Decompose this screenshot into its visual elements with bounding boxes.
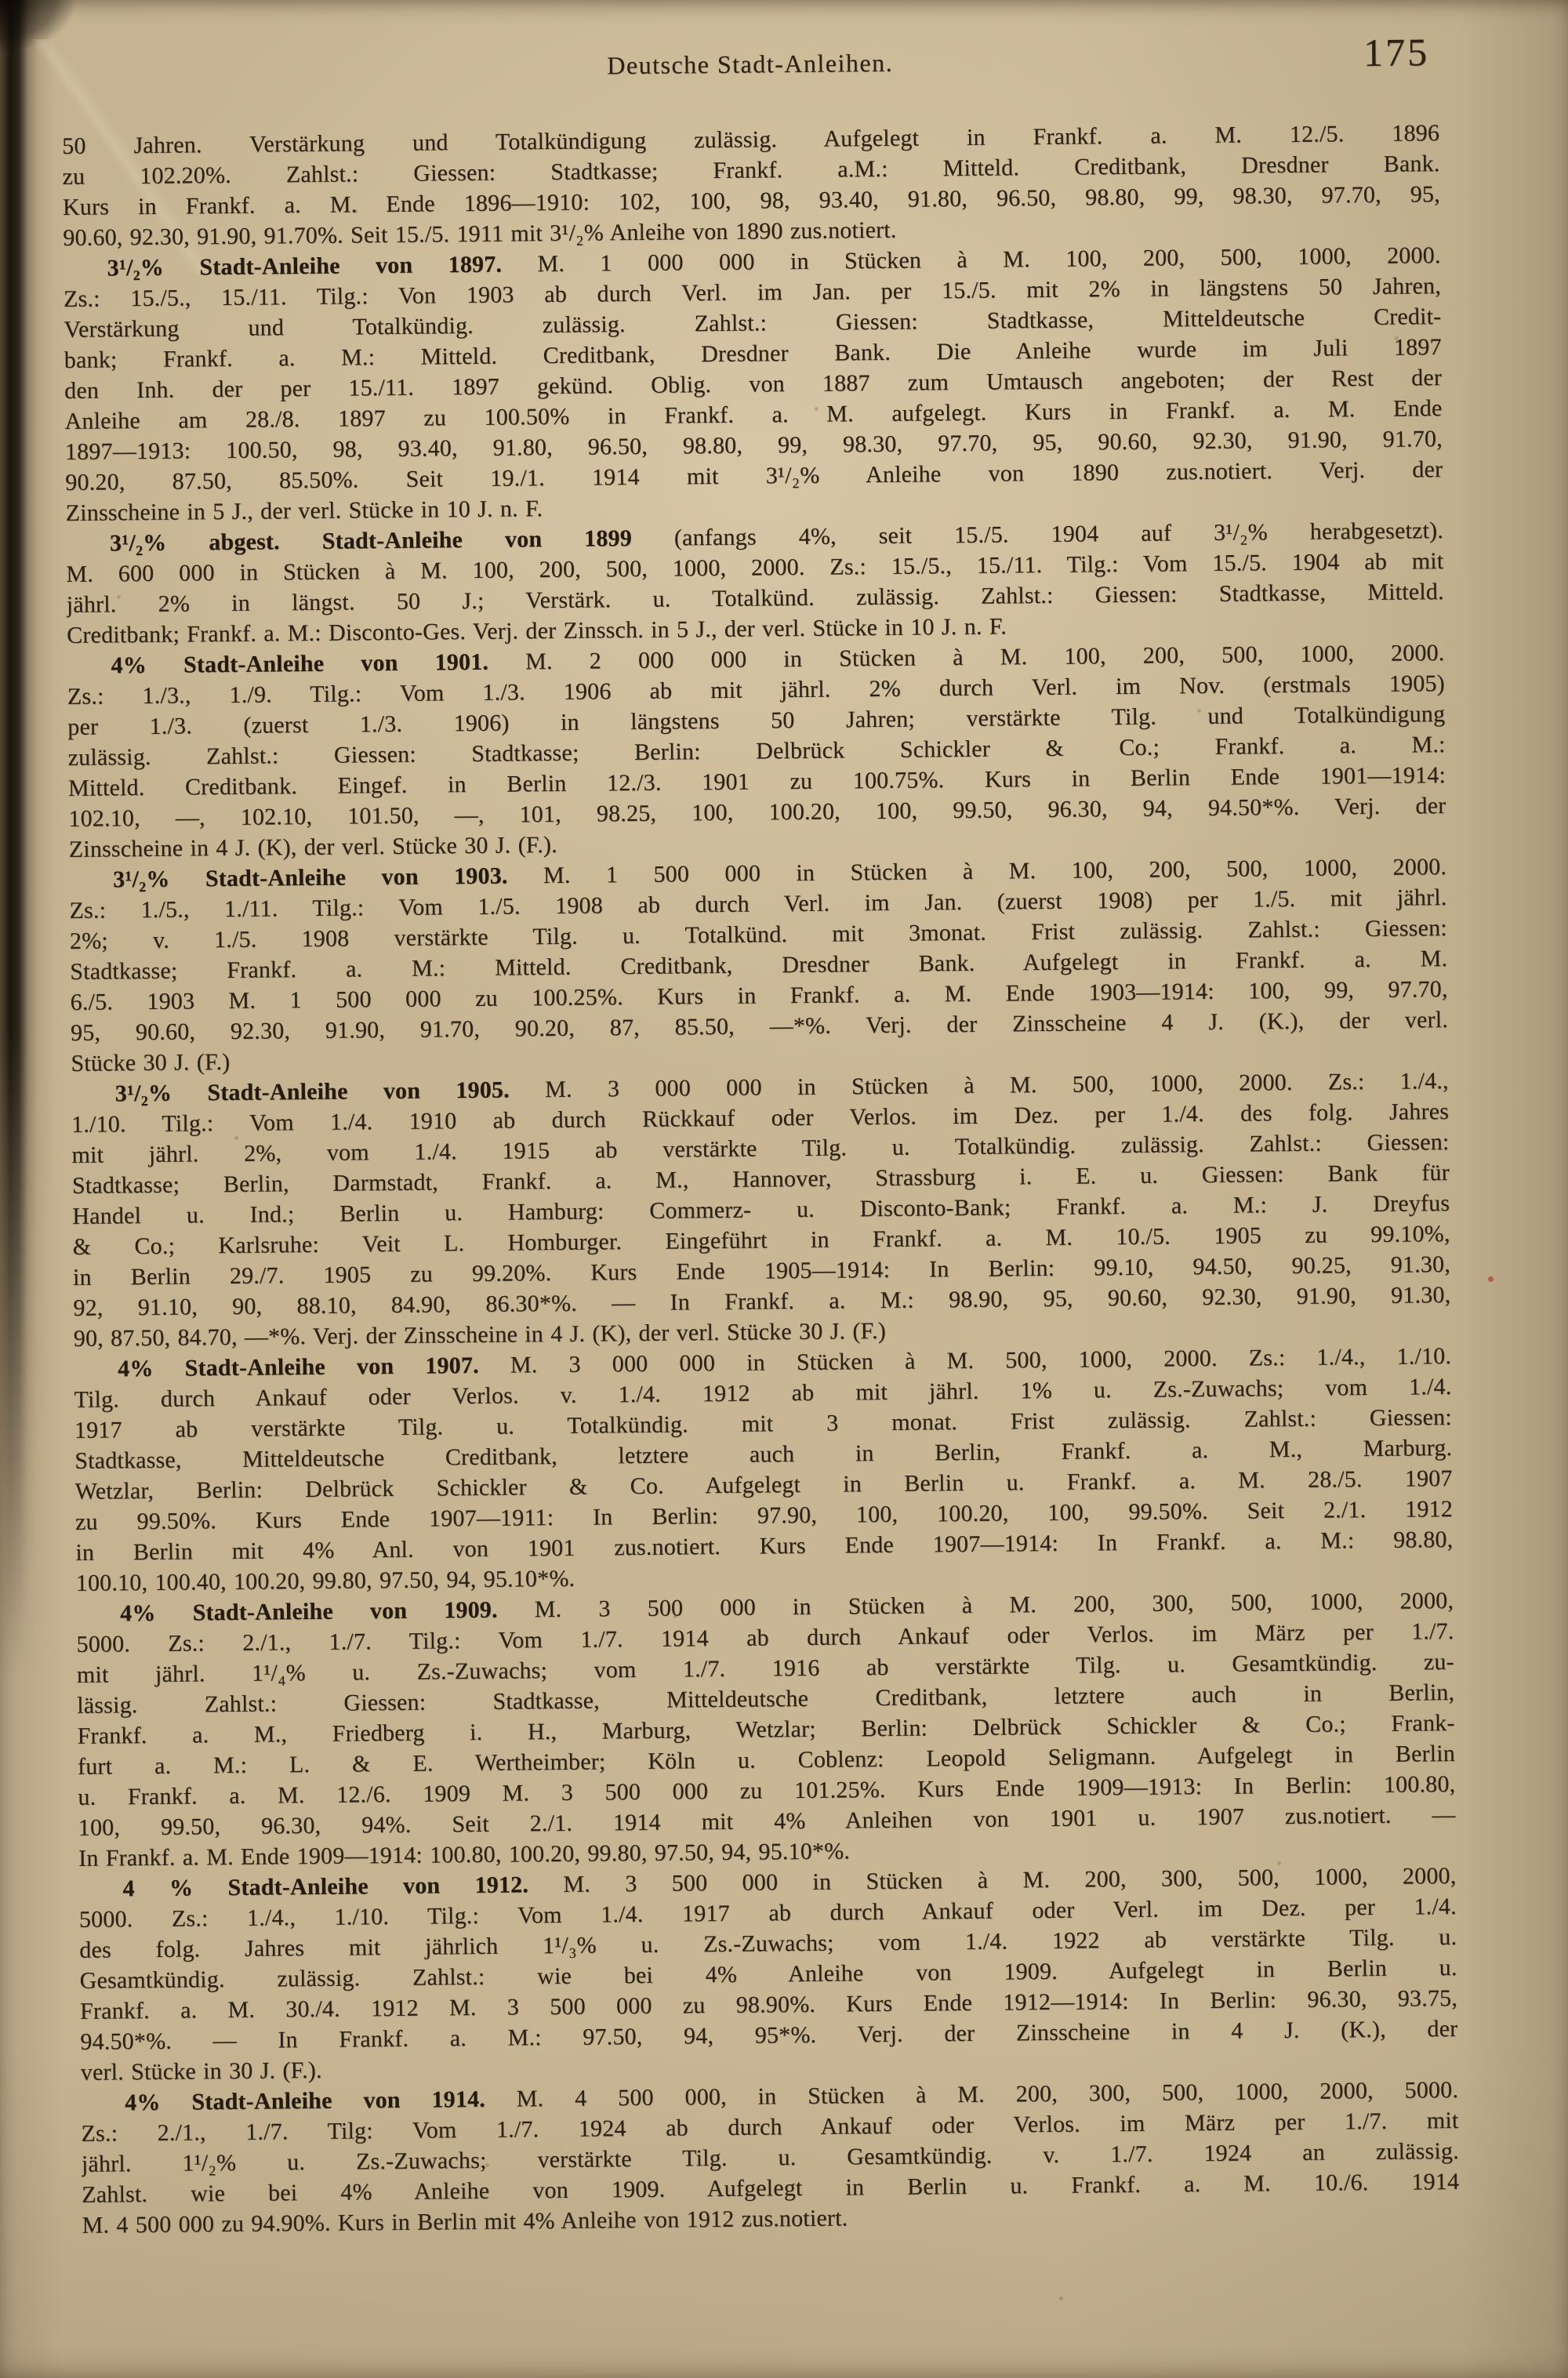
page-number: 175 bbox=[1363, 32, 1429, 72]
bond-heading: 3¹/₂% abgest. Stadt-Anleihe von 1899 bbox=[110, 525, 632, 556]
bond-heading: 3¹/₂% Stadt-Anleihe von 1897. bbox=[107, 252, 503, 281]
bond-paragraph: 50 Jahren. Verstärkung und Totalkündigun… bbox=[62, 118, 1440, 253]
bond-paragraph: 3¹/₂% Stadt-Anleihe von 1905. M. 3 000 0… bbox=[71, 1066, 1451, 1354]
bond-heading: 3¹/₂% Stadt-Anleihe von 1903. bbox=[113, 863, 508, 893]
bond-paragraph: 3¹/₂% abgest. Stadt-Anleihe von 1899 (an… bbox=[66, 515, 1444, 651]
bond-paragraph: 4% Stadt-Anleihe von 1907. M. 3 000 000 … bbox=[74, 1341, 1454, 1599]
page-header: Deutsche Stadt-Anleihen. 175 bbox=[61, 35, 1439, 89]
bond-paragraph: 4% Stadt-Anleihe von 1901. M. 2 000 000 … bbox=[67, 637, 1446, 865]
bond-heading: 3¹/₂% Stadt-Anleihe von 1905. bbox=[115, 1077, 510, 1107]
paper-specks bbox=[0, 0, 2, 2]
bond-paragraph: 3¹/₂% Stadt-Anleihe von 1903. M. 1 500 0… bbox=[69, 851, 1449, 1079]
bond-heading: 4% Stadt-Anleihe von 1901. bbox=[111, 649, 488, 679]
bond-paragraph: 4 % Stadt-Anleihe von 1912. M. 3 500 000… bbox=[78, 1861, 1458, 2088]
bond-heading: 4% Stadt-Anleihe von 1907. bbox=[118, 1352, 479, 1381]
running-title: Deutsche Stadt-Anleihen. bbox=[61, 45, 1439, 83]
bond-paragraph: 4% Stadt-Anleihe von 1914. M. 4 500 000,… bbox=[81, 2075, 1460, 2241]
text-block: 50 Jahren. Verstärkung und Totalkündigun… bbox=[62, 118, 1460, 2241]
bond-paragraph: 3¹/₂% Stadt-Anleihe von 1897. M. 1 000 0… bbox=[64, 240, 1443, 528]
bond-heading: 4% Stadt-Anleihe von 1914. bbox=[125, 2086, 485, 2115]
bond-heading: 4 % Stadt-Anleihe von 1912. bbox=[122, 1872, 528, 1901]
page-content: Deutsche Stadt-Anleihen. 175 50 Jahren. … bbox=[61, 35, 1460, 2241]
bond-paragraph: 4% Stadt-Anleihe von 1909. M. 3 500 000 … bbox=[76, 1585, 1456, 1874]
book-page: Deutsche Stadt-Anleihen. 175 50 Jahren. … bbox=[0, 0, 1568, 2378]
bond-heading: 4% Stadt-Anleihe von 1909. bbox=[120, 1597, 498, 1627]
